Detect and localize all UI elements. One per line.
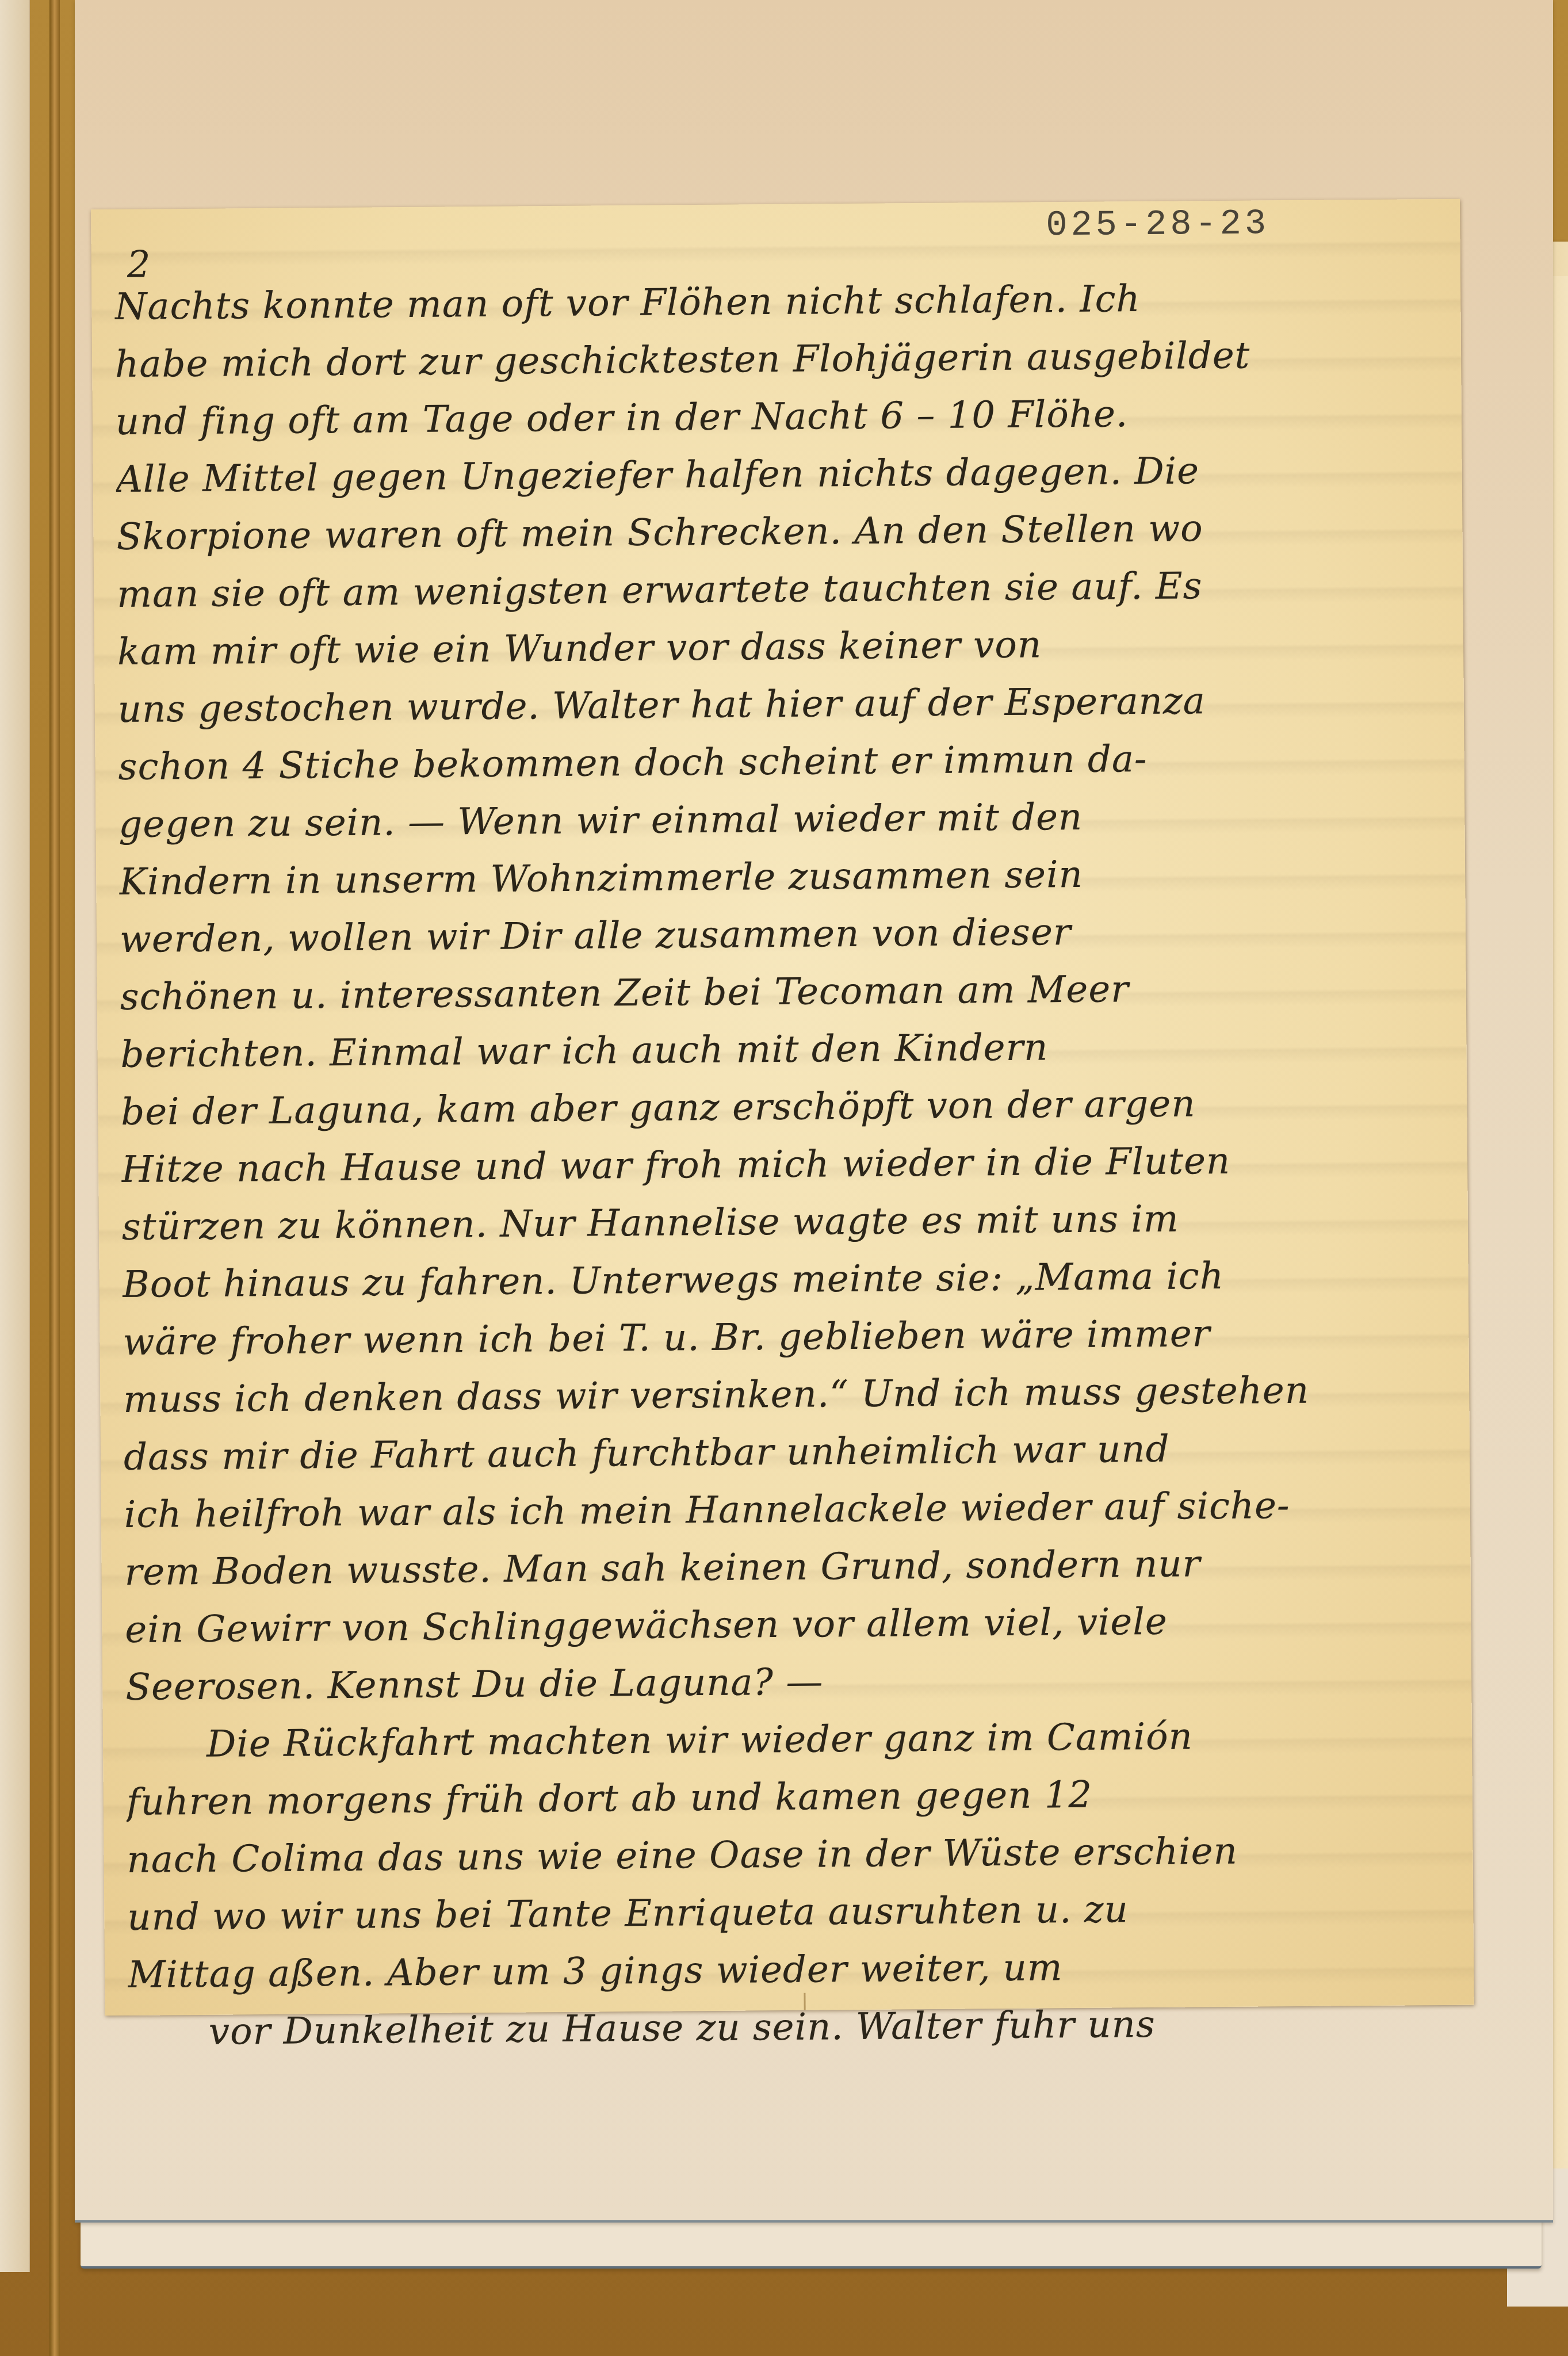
text-line: uns gestochen wurde. Walter hat hier auf… (117, 671, 1441, 739)
text-line: und wo wir uns bei Tante Enriqueta ausru… (127, 1879, 1451, 1946)
letter-body: Nachts konnte man oft vor Flöhen nicht s… (114, 268, 1451, 2061)
text-line: vor Dunkelheit zu Hause zu sein. Walter … (128, 1994, 1452, 2061)
text-line: rem Boden wusste. Man sah keinen Grund, … (124, 1533, 1448, 1601)
archive-number: 025-28-23 (1046, 203, 1269, 246)
text-line: kam mir oft wie ein Wunder vor dass kein… (117, 613, 1441, 681)
text-line: gegen zu sein. — Wenn wir einmal wieder … (118, 786, 1442, 854)
left-paper-edge (0, 0, 30, 2272)
paper-fold-mark (804, 1993, 805, 2010)
text-line: Mittag aßen. Aber um 3 gings wieder weit… (128, 1936, 1451, 2004)
text-line: wäre froher wenn ich bei T. u. Br. gebli… (123, 1303, 1446, 1371)
text-line: ich heilfroh war als ich mein Hannelacke… (124, 1476, 1447, 1544)
text-line: habe mich dort zur geschicktesten Flohjä… (115, 326, 1439, 393)
text-line: berichten. Einmal war ich auch mit den K… (120, 1016, 1444, 1084)
left-paper-stack (0, 0, 40, 2356)
text-line: stürzen zu können. Nur Hannelise wagte e… (122, 1188, 1445, 1256)
text-line: schönen u. interessanten Zeit bei Tecoma… (120, 958, 1443, 1026)
text-line: Seerosen. Kennst Du die Laguna? — (125, 1649, 1449, 1716)
text-line: dass mir die Fahrt auch furchtbar unheim… (124, 1418, 1447, 1486)
text-line: fuhren morgens früh dort ab und kamen ge… (126, 1764, 1450, 1831)
text-line: man sie oft am wenigsten erwartete tauch… (117, 556, 1440, 624)
text-line: schon 4 Stiche bekommen doch scheint er … (118, 728, 1441, 796)
text-line: nach Colima das uns wie eine Oase in der… (127, 1821, 1450, 1889)
text-line: bei der Laguna, kam aber ganz erschöpft … (121, 1073, 1444, 1141)
text-line-paragraph-start: Die Rückfahrt machten wir wieder ganz im… (126, 1706, 1450, 1774)
text-line: Hitze nach Hause und war froh mich wiede… (121, 1131, 1445, 1199)
text-line: muss ich denken dass wir versinken.“ Und… (123, 1361, 1447, 1429)
text-line: Boot hinaus zu fahren. Unterwegs meinte … (122, 1246, 1445, 1314)
text-line: Nachts konnte man oft vor Flöhen nicht s… (114, 268, 1438, 336)
handwritten-letter-page: 2 025-28-23 Nachts konnte man oft vor Fl… (91, 199, 1474, 2016)
text-line: ein Gewirr von Schlinggewächsen vor alle… (125, 1591, 1448, 1659)
text-line: Kindern in unserm Wohnzimmerle zusammen … (119, 843, 1443, 911)
text-line: Skorpione waren oft mein Schrecken. An d… (116, 498, 1440, 566)
text-line: Alle Mittel gegen Ungeziefer halfen nich… (116, 441, 1439, 508)
left-folder-edge (49, 0, 60, 2356)
text-line: werden, wollen wir Dir alle zusammen von… (120, 901, 1443, 969)
text-line: und fing oft am Tage oder in der Nacht 6… (116, 383, 1439, 451)
